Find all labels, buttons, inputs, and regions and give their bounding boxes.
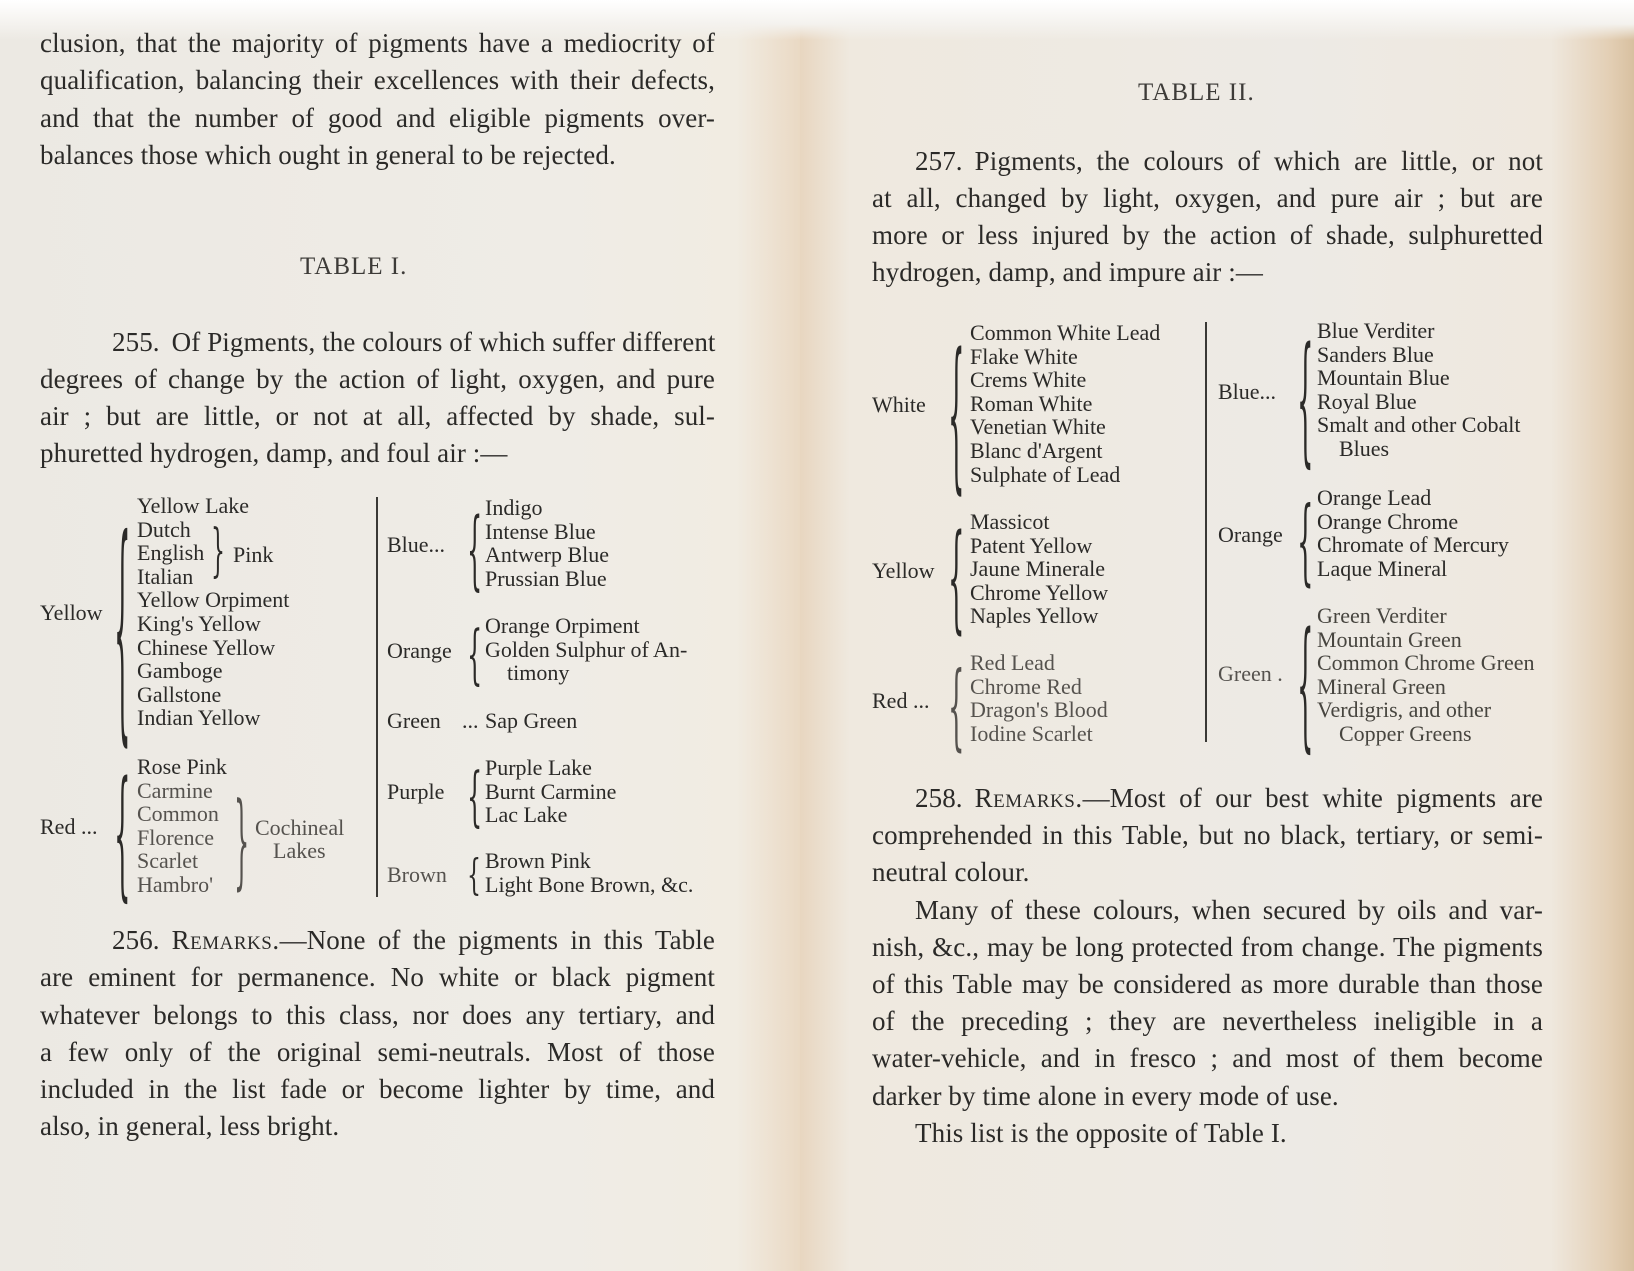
yellow-pigment-list: Massicot Patent Yellow Jaune Minerale Ch… <box>970 510 1108 628</box>
left-brace-icon: { <box>1297 323 1314 485</box>
table-ii-title: TABLE II. <box>1138 79 1255 107</box>
list-item: Smalt and other Cobalt <box>1317 413 1520 437</box>
text-line: and that the number of good and eligible… <box>40 103 715 134</box>
list-item: Copper Greens <box>1317 722 1535 746</box>
paragraph-number: 258. <box>915 783 963 814</box>
left-brace-icon: { <box>467 853 481 901</box>
list-item: Iodine Scarlet <box>970 722 1108 746</box>
text-line: nish, &c., may be long protected from ch… <box>872 932 1543 963</box>
list-item: Sap Green <box>485 708 577 734</box>
left-brace-icon: { <box>1297 608 1314 770</box>
list-item: Patent Yellow <box>970 534 1108 558</box>
list-item: Verdigris, and other <box>1317 698 1535 722</box>
orange-pigment-list: Orange Lead Orange Chrome Chromate of Me… <box>1317 486 1509 580</box>
list-item: Gallstone <box>137 683 289 707</box>
list-item: Chrome Yellow <box>970 581 1108 605</box>
list-item: Royal Blue <box>1317 390 1520 414</box>
list-item: Orange Chrome <box>1317 510 1509 534</box>
list-item: Antwerp Blue <box>485 543 609 567</box>
list-item: Orange Lead <box>1317 486 1509 510</box>
text-line: more or less injured by the action of sh… <box>872 220 1543 251</box>
text-line: clusion, that the majority of pigments h… <box>40 28 715 59</box>
category-label-orange: Orange <box>1218 522 1283 548</box>
list-item: Scarlet <box>137 849 227 873</box>
text-line: balances those which ought in general to… <box>40 140 616 171</box>
list-item: Rose Pink <box>137 755 227 779</box>
closing-line: This list is the opposite of Table I. <box>915 1118 1287 1149</box>
category-label-green: Green . <box>1218 661 1283 687</box>
lakes-group-label: Lakes <box>273 838 326 864</box>
list-item: Laque Mineral <box>1317 557 1509 581</box>
text-line: darker by time alone in every mode of us… <box>872 1081 1339 1112</box>
left-brace-icon: { <box>948 514 965 649</box>
remarks-label: Remarks. <box>172 925 280 956</box>
category-label-blue: Blue... <box>1218 379 1276 405</box>
text-line: included in the list fade or become ligh… <box>40 1074 715 1105</box>
category-label-red: Red ... <box>872 688 929 714</box>
list-item: Chrome Red <box>970 675 1108 699</box>
category-label-yellow: Yellow <box>872 558 935 584</box>
list-item: Yellow Lake <box>137 494 289 518</box>
left-brace-icon: { <box>467 500 482 601</box>
list-item: Mountain Green <box>1317 628 1535 652</box>
text-line: also, in general, less bright. <box>40 1111 339 1142</box>
category-label-white: White <box>872 392 926 418</box>
list-item: Brown Pink <box>485 849 693 873</box>
text-line: phuretted hydrogen, damp, and foul air :… <box>40 438 507 469</box>
list-item: Jaune Minerale <box>970 557 1108 581</box>
list-item: Indigo <box>485 496 609 520</box>
list-item: Carmine <box>137 779 227 803</box>
blue-pigment-list: Blue Verditer Sanders Blue Mountain Blue… <box>1317 319 1520 461</box>
list-item: Naples Yellow <box>970 604 1108 628</box>
text-line: —Most of our best white pigments are <box>1083 783 1543 814</box>
blue-pigment-list: Indigo Intense Blue Antwerp Blue Prussia… <box>485 496 609 590</box>
list-item: Light Bone Brown, &c. <box>485 873 693 897</box>
list-item: Indian Yellow <box>137 706 289 730</box>
text-line: —None of the pigments in this Table <box>280 925 715 956</box>
orange-pigment-list: Orange Orpiment Golden Sulphur of An- ti… <box>485 614 687 685</box>
text-line: neutral colour. <box>872 857 1029 888</box>
list-item: Blue Verditer <box>1317 319 1520 343</box>
list-item: Common <box>137 802 227 826</box>
text-line: whatever belongs to this class, nor does… <box>40 1000 715 1031</box>
category-label-yellow: Yellow <box>40 600 103 626</box>
text-line: a few only of the original semi-neutrals… <box>40 1037 715 1068</box>
pink-group-label: Pink <box>233 542 273 568</box>
paragraph-number: 257. <box>915 146 963 177</box>
list-item: Common Chrome Green <box>1317 651 1535 675</box>
brown-pigment-list: Brown Pink Light Bone Brown, &c. <box>485 849 693 896</box>
list-item: timony <box>485 661 687 685</box>
category-label-red: Red ... <box>40 814 97 840</box>
list-item: Venetian White <box>970 415 1160 439</box>
column-divider <box>376 497 378 897</box>
text-line: water-vehicle, and in fresco ; and most … <box>872 1043 1543 1074</box>
text-line: qualification, balancing their excellenc… <box>40 65 715 96</box>
text-line: Pigments, the colours of which are littl… <box>975 146 1543 177</box>
list-item: Red Lead <box>970 651 1108 675</box>
left-brace-icon: { <box>114 757 131 919</box>
list-item: Intense Blue <box>485 520 609 544</box>
list-item: Chromate of Mercury <box>1317 533 1509 557</box>
list-item: Massicot <box>970 510 1108 534</box>
list-item: Mineral Green <box>1317 675 1535 699</box>
text-line: at all, changed by light, oxygen, and pu… <box>872 183 1543 214</box>
red-pigment-list: Rose Pink Carmine Common Florence Scarle… <box>137 755 227 897</box>
left-brace-icon: { <box>948 325 965 514</box>
list-item: King's Yellow <box>137 612 289 636</box>
text-line: degrees of change by the action of light… <box>40 364 715 395</box>
list-item: Florence <box>137 826 227 850</box>
left-brace-icon: { <box>1297 490 1314 598</box>
list-item: Burnt Carmine <box>485 780 616 804</box>
list-item: Common White Lead <box>970 321 1160 345</box>
category-label-brown: Brown <box>387 862 447 888</box>
text-line: Of Pigments, the colours of which suffer… <box>172 327 716 358</box>
table-i-title: TABLE I. <box>300 253 407 281</box>
white-pigment-list: Common White Lead Flake White Crems Whit… <box>970 321 1160 486</box>
list-item: Chinese Yellow <box>137 636 289 660</box>
list-item: Blues <box>1317 437 1520 461</box>
right-brace-icon: } <box>234 781 249 901</box>
list-item: Prussian Blue <box>485 567 609 591</box>
list-item: Gamboge <box>137 659 289 683</box>
list-item: Flake White <box>970 345 1160 369</box>
list-item: Blanc d'Argent <box>970 439 1160 463</box>
leader-dots: ... <box>462 708 479 734</box>
red-pigment-list: Red Lead Chrome Red Dragon's Blood Iodin… <box>970 651 1108 745</box>
text-line: comprehended in this Table, but no black… <box>872 820 1543 851</box>
purple-pigment-list: Purple Lake Burnt Carmine Lac Lake <box>485 756 616 827</box>
paragraph-number: 256. <box>112 925 160 956</box>
green-pigment-list: Green Verditer Mountain Green Common Chr… <box>1317 604 1535 746</box>
text-line: Many of these colours, when secured by o… <box>915 895 1543 926</box>
right-brace-icon: } <box>211 520 225 585</box>
left-brace-icon: { <box>467 617 482 693</box>
list-item: Yellow Orpiment <box>137 588 289 612</box>
text-line: of this Table may be considered as more … <box>872 969 1543 1000</box>
category-label-purple: Purple <box>387 779 444 805</box>
list-item: Purple Lake <box>485 756 616 780</box>
text-line: are eminent for permanence. No white or … <box>40 962 715 993</box>
column-divider <box>1205 322 1207 742</box>
text-line: air ; but are little, or not at all, aff… <box>40 401 715 432</box>
list-item: Orange Orpiment <box>485 614 687 638</box>
remarks-label: Remarks. <box>975 783 1083 814</box>
left-brace-icon: { <box>114 498 131 774</box>
paragraph-number: 255. <box>112 327 160 358</box>
list-item: Hambro' <box>137 873 227 897</box>
text-line: of the preceding ; they are nevertheless… <box>872 1006 1543 1037</box>
category-label-orange: Orange <box>387 638 452 664</box>
list-item: Lac Lake <box>485 803 616 827</box>
text-line: hydrogen, damp, and impure air :— <box>872 257 1263 288</box>
list-item: Sanders Blue <box>1317 343 1520 367</box>
category-label-green: Green <box>387 708 441 734</box>
list-item: Golden Sulphur of An- <box>485 638 687 662</box>
list-item: Sulphate of Lead <box>970 463 1160 487</box>
list-item: Mountain Blue <box>1317 366 1520 390</box>
list-item: Green Verditer <box>1317 604 1535 628</box>
category-label-blue: Blue... <box>387 532 445 558</box>
list-item: Dragon's Blood <box>970 698 1108 722</box>
list-item: Roman White <box>970 392 1160 416</box>
list-item: Crems White <box>970 368 1160 392</box>
left-brace-icon: { <box>467 759 482 835</box>
left-brace-icon: { <box>948 655 965 763</box>
